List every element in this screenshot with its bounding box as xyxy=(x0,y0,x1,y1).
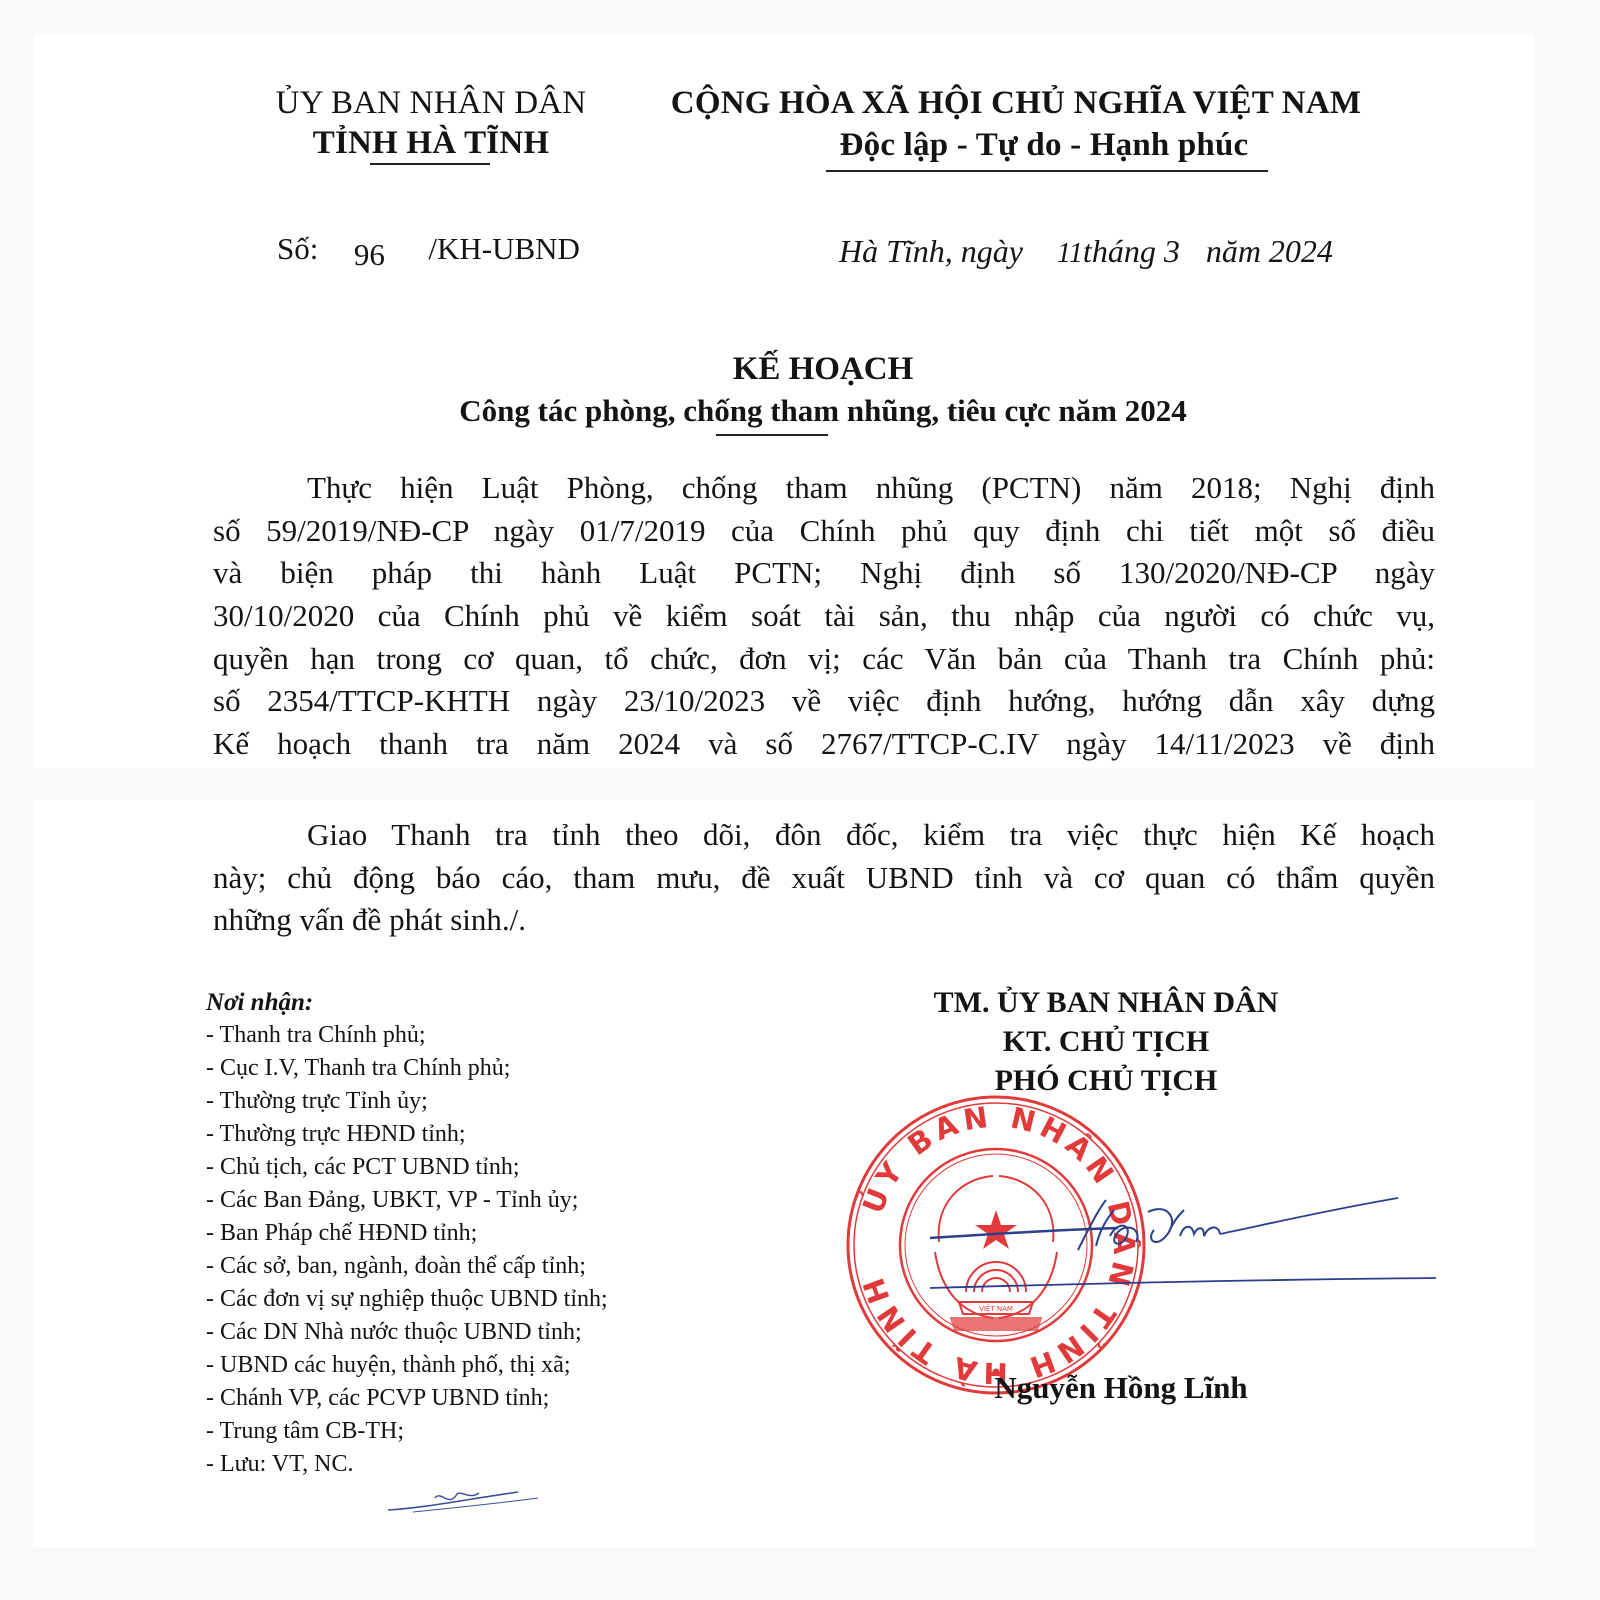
date-day: 11 xyxy=(1057,238,1083,269)
document-page-top: ỦY BAN NHÂN DÂN TỈNH HÀ TĨNH CỘNG HÒA XÃ… xyxy=(33,33,1535,768)
intro-line: Thực hiện Luật Phòng, chống tham nhũng (… xyxy=(213,467,1435,510)
recipient-item: - Cục I.V, Thanh tra Chính phủ; xyxy=(206,1052,608,1085)
date-month: 3 xyxy=(1164,233,1180,269)
signature-block: TM. ỦY BAN NHÂN DÂN KT. CHỦ TỊCH PHÓ CHỦ… xyxy=(934,983,1279,1100)
issuer-line-1: ỦY BAN NHÂN DÂN xyxy=(276,85,587,122)
intro-line: số 2354/TTCP-KHTH ngày 23/10/2023 về việ… xyxy=(213,680,1435,723)
number-label: Số: xyxy=(277,231,318,266)
recipient-item: - Các sở, ban, ngành, đoàn thể cấp tỉnh; xyxy=(206,1250,608,1283)
subject-underline xyxy=(716,434,828,436)
nation-line-1: CỘNG HÒA XÃ HỘI CHỦ NGHĨA VIỆT NAM xyxy=(671,85,1361,122)
number-value: 96 xyxy=(354,237,385,272)
intro-line: 30/10/2020 của Chính phủ về kiểm soát tà… xyxy=(213,595,1435,638)
intro-line: và biện pháp thi hành Luật PCTN; Nghị đị… xyxy=(213,552,1435,595)
closing-paragraph: Giao Thanh tra tỉnh theo dõi, đôn đốc, k… xyxy=(213,814,1435,942)
document-page-bottom: Giao Thanh tra tỉnh theo dõi, đôn đốc, k… xyxy=(33,800,1535,1548)
recipient-item: - Các đơn vị sự nghiệp thuộc UBND tỉnh; xyxy=(206,1283,608,1316)
recipient-item: - Thường trực HĐND tỉnh; xyxy=(206,1118,608,1151)
date-year: 2024 xyxy=(1269,233,1333,269)
closing-line: Giao Thanh tra tỉnh theo dõi, đôn đốc, k… xyxy=(213,814,1435,857)
date-month-label: tháng xyxy=(1083,233,1156,269)
handwritten-signature xyxy=(928,1190,1438,1300)
recipient-item: - Lưu: VT, NC. xyxy=(206,1448,608,1481)
document-type: KẾ HOẠCH xyxy=(733,351,914,388)
intro-line: quyền hạn trong cơ quan, tổ chức, đơn vị… xyxy=(213,638,1435,681)
recipient-item: - Các DN Nhà nước thuộc UBND tỉnh; xyxy=(206,1316,608,1349)
document-number: Số: 96 /KH-UBND xyxy=(277,231,580,267)
closing-line: này; chủ động báo cáo, tham mưu, đề xuất… xyxy=(213,857,1435,900)
recipient-item: - Chánh VP, các PCVP UBND tỉnh; xyxy=(206,1382,608,1415)
initials-mark xyxy=(383,1478,543,1518)
seal-emblem-text: VIỆT NAM xyxy=(979,1304,1013,1313)
recipient-item: - UBND các huyện, thành phố, thị xã; xyxy=(206,1349,608,1382)
intro-paragraph: Thực hiện Luật Phòng, chống tham nhũng (… xyxy=(213,467,1435,766)
recipients-list: Nơi nhận: - Thanh tra Chính phủ;- Cục I.… xyxy=(206,986,608,1481)
recipient-item: - Thường trực Tỉnh ủy; xyxy=(206,1085,608,1118)
signer-name: Nguyễn Hồng Lĩnh xyxy=(994,1370,1247,1406)
recipients-heading: Nơi nhận: xyxy=(206,986,608,1019)
intro-line: Kế hoạch thanh tra năm 2024 và số 2767/T… xyxy=(213,723,1435,766)
date-place: Hà Tĩnh, ngày xyxy=(839,233,1023,269)
number-suffix: /KH-UBND xyxy=(428,231,580,266)
issuer-underline xyxy=(370,163,490,165)
recipient-item: - Ban Pháp chế HĐND tỉnh; xyxy=(206,1217,608,1250)
recipient-item: - Trung tâm CB-TH; xyxy=(206,1415,608,1448)
document-subject: Công tác phòng, chống tham nhũng, tiêu c… xyxy=(459,393,1186,429)
motto-underline xyxy=(826,170,1268,172)
signature-line-1: TM. ỦY BAN NHÂN DÂN xyxy=(934,983,1279,1022)
date-year-label: năm xyxy=(1206,233,1261,269)
recipient-item: - Chủ tịch, các PCT UBND tỉnh; xyxy=(206,1151,608,1184)
recipient-item: - Các Ban Đảng, UBKT, VP - Tỉnh ủy; xyxy=(206,1184,608,1217)
signature-line-2: KT. CHỦ TỊCH xyxy=(934,1022,1279,1061)
intro-line: số 59/2019/NĐ-CP ngày 01/7/2019 của Chín… xyxy=(213,510,1435,553)
closing-line: những vấn đề phát sinh./. xyxy=(213,899,1435,942)
issuer-line-2: TỈNH HÀ TĨNH xyxy=(313,125,550,162)
nation-motto: Độc lập - Tự do - Hạnh phúc xyxy=(840,127,1249,164)
document-date: Hà Tĩnh, ngày 11tháng 3 năm 2024 xyxy=(839,233,1333,270)
recipient-item: - Thanh tra Chính phủ; xyxy=(206,1019,608,1052)
